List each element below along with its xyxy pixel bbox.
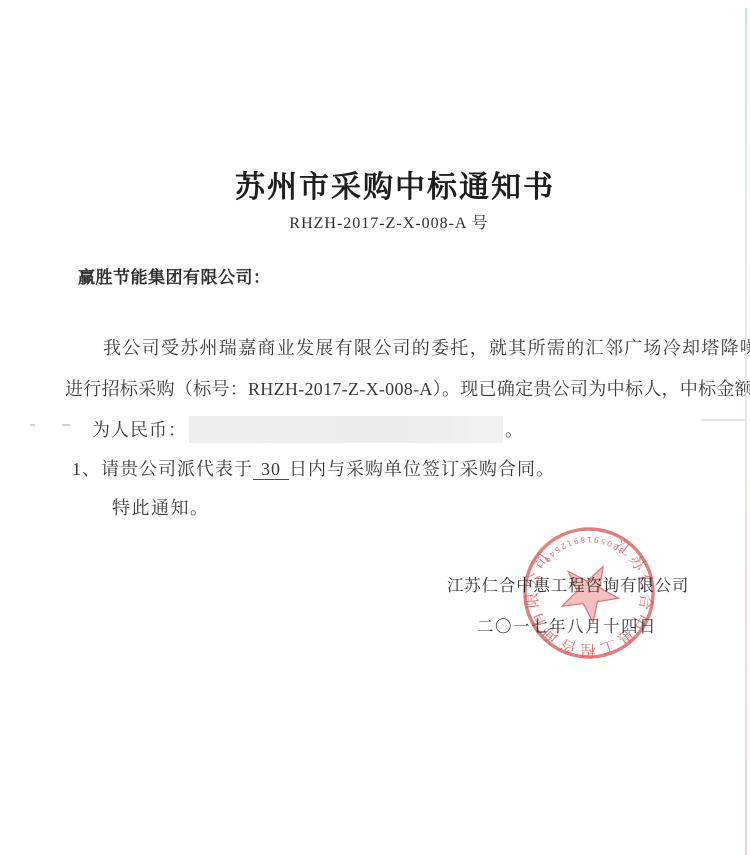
scan-edge-line [745, 8, 747, 855]
seal-star-icon [557, 565, 621, 627]
amount-period: 。 [505, 420, 524, 440]
scan-artifact-dot [62, 424, 70, 426]
body-paragraph-line-1: 我公司受苏州瑞嘉商业发展有限公司的委托，就其所需的汇邻广场冷却塔降噪设备 [103, 334, 750, 360]
list-item-1: 1、请贵公司派代表于30日内与采购单位签订采购合同。 [72, 455, 555, 481]
reference-number: RHZH-2017-Z-X-008-A 号 [14, 210, 750, 233]
addressee-line: 赢胜节能集团有限公司： [78, 263, 271, 288]
closing-line: 特此通知。 [112, 494, 210, 520]
body-paragraph-line-2: 进行招标采购（标号：RHZH-2017-Z-X-008-A）。现已确定贵公司为中… [65, 375, 750, 401]
scan-artifact-dash [701, 419, 746, 421]
item1-prefix: 1、请贵公司派代表于 [72, 459, 253, 479]
company-seal-stamp: 江苏仁合中惠工程咨询有限公司 3205918912549 [513, 517, 665, 669]
amount-label: 为人民币： [92, 420, 187, 440]
item1-suffix: 日内与采购单位签订采购合同。 [289, 459, 555, 479]
scan-artifact-dot [30, 424, 35, 426]
days-value-underlined: 30 [253, 460, 289, 480]
document-title: 苏州市采购中标通知书 [20, 162, 750, 206]
scanned-document-page: 苏州市采购中标通知书 RHZH-2017-Z-X-008-A 号 赢胜节能集团有… [0, 0, 750, 855]
redacted-amount-box [189, 416, 503, 443]
body-paragraph-line-3: 为人民币：。 [92, 416, 524, 443]
